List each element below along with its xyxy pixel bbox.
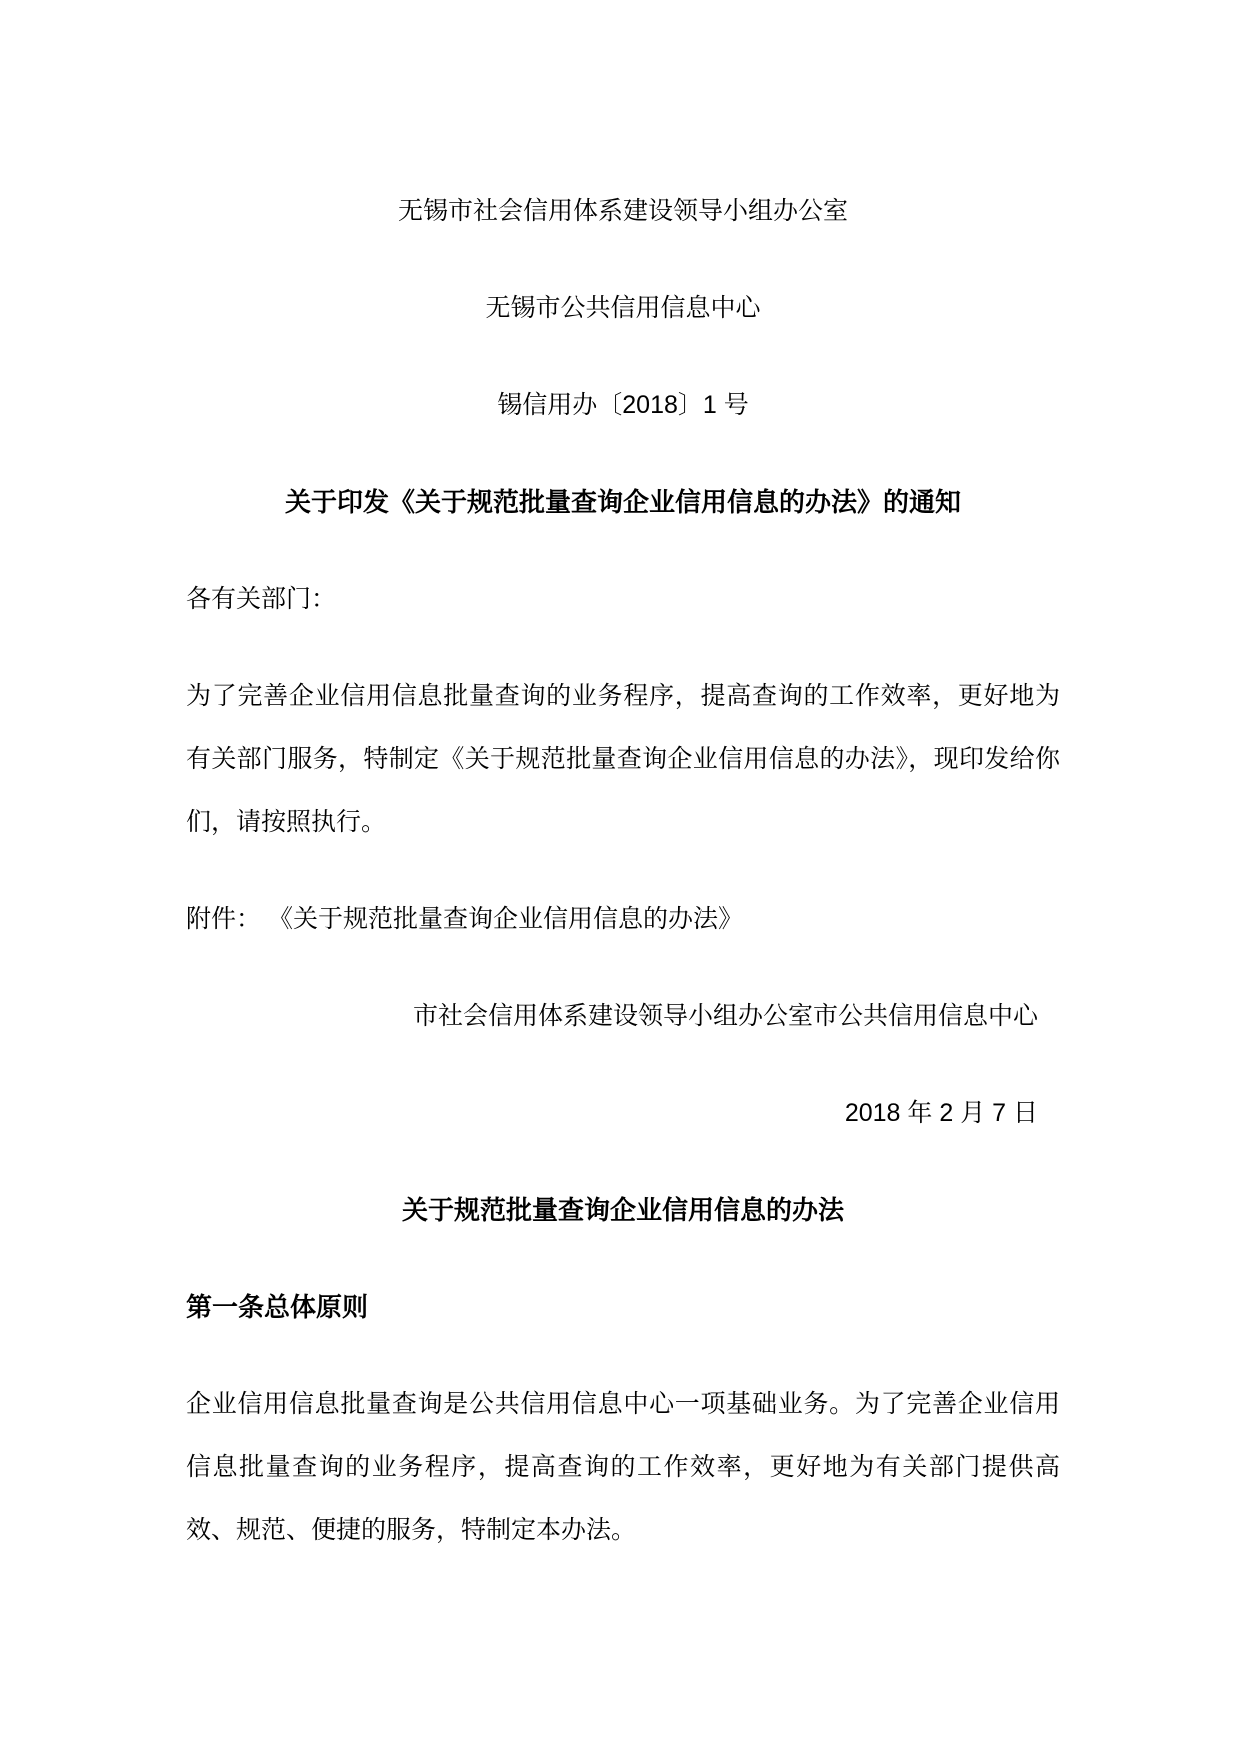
article1-paragraph: 企业信用信息批量查询是公共信用信息中心一项基础业务。为了完善企业信用信息批量查询… <box>186 1373 1060 1562</box>
signature-line: 市社会信用体系建设领导小组办公室市公共信用信息中心 <box>186 985 1060 1048</box>
document-page: 无锡市社会信用体系建设领导小组办公室 无锡市公共信用信息中心 锡信用办〔2018… <box>0 0 1241 1754</box>
measures-title: 关于规范批量查询企业信用信息的办法 <box>186 1179 1060 1242</box>
notice-title: 关于印发《关于规范批量查询企业信用信息的办法》的通知 <box>186 471 1060 534</box>
credit-center-line: 无锡市公共信用信息中心 <box>186 277 1060 340</box>
issuing-office-line: 无锡市社会信用体系建设领导小组办公室 <box>186 180 1060 243</box>
salutation-line: 各有关部门： <box>186 568 1060 631</box>
notice-body-paragraph: 为了完善企业信用信息批量查询的业务程序，提高查询的工作效率，更好地为有关部门服务… <box>186 665 1060 854</box>
attachment-line: 附件： 《关于规范批量查询企业信用信息的办法》 <box>186 888 1060 951</box>
document-number-line: 锡信用办〔2018〕1 号 <box>186 374 1060 437</box>
date-line: 2018 年 2 月 7 日 <box>186 1082 1060 1145</box>
article1-heading: 第一条总体原则 <box>186 1276 1060 1339</box>
